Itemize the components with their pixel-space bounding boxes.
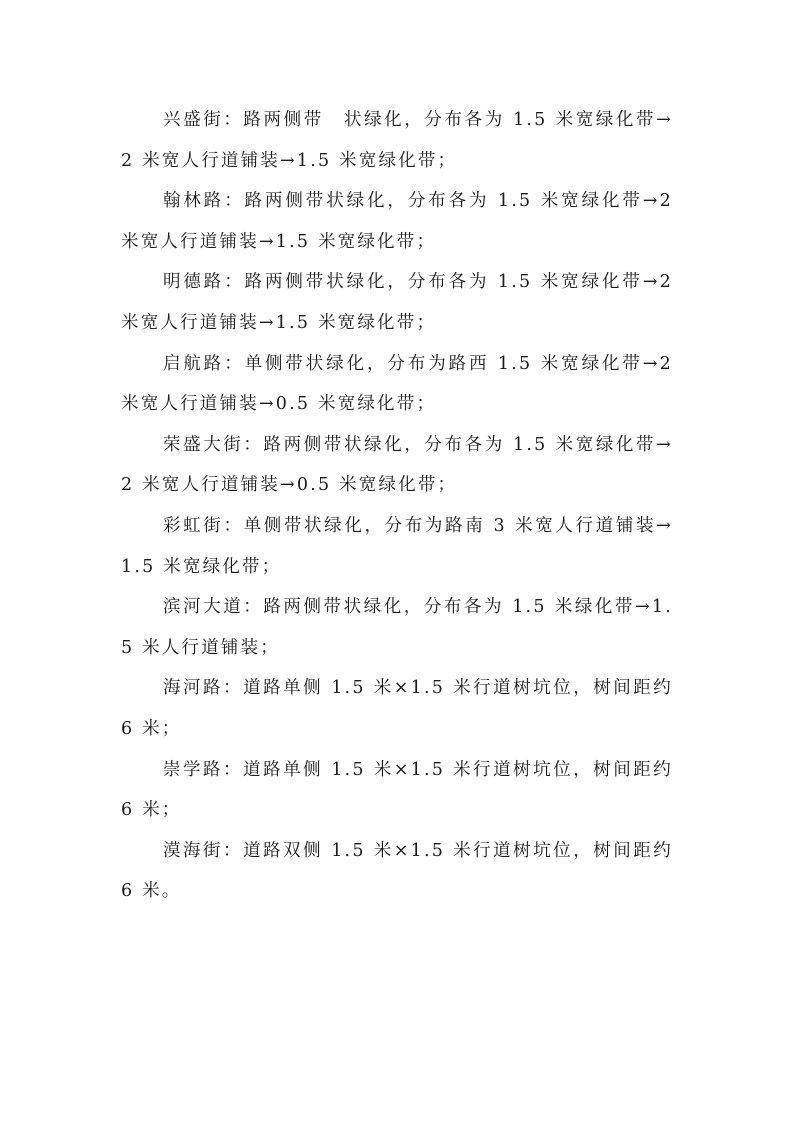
paragraph-haihe-road: 海河路：道路单侧 1.5 米×1.5 米行道树坑位，树间距约 6 米； bbox=[121, 668, 673, 749]
road-name: 滨河大道： bbox=[163, 597, 263, 617]
road-name: 海河路： bbox=[163, 678, 243, 698]
paragraph-xingsheng-street: 兴盛街：路两侧带 状绿化，分布各为 1.5 米宽绿化带→2 米宽人行道铺装→1.… bbox=[121, 100, 673, 181]
road-name: 漠海街： bbox=[163, 841, 243, 861]
road-name: 明德路： bbox=[163, 272, 245, 292]
road-name: 翰林路： bbox=[163, 191, 245, 211]
paragraph-mingde-road: 明德路：路两侧带状绿化，分布各为 1.5 米宽绿化带→2 米宽人行道铺装→1.5… bbox=[121, 262, 673, 343]
road-name: 彩虹街： bbox=[163, 516, 244, 536]
paragraph-hanlin-road: 翰林路：路两侧带状绿化，分布各为 1.5 米宽绿化带→2 米宽人行道铺装→1.5… bbox=[121, 181, 673, 262]
road-name: 兴盛街： bbox=[163, 110, 243, 130]
paragraph-qihang-road: 启航路：单侧带状绿化，分布为路西 1.5 米宽绿化带→2 米宽人行道铺装→0.5… bbox=[121, 344, 673, 425]
document-page: 兴盛街：路两侧带 状绿化，分布各为 1.5 米宽绿化带→2 米宽人行道铺装→1.… bbox=[121, 100, 673, 912]
road-name: 荣盛大街： bbox=[163, 435, 264, 455]
paragraph-binhe-avenue: 滨河大道：路两侧带状绿化，分布各为 1.5 米绿化带→1.5 米人行道铺装； bbox=[121, 587, 673, 668]
paragraph-chongxue-road: 崇学路：道路单侧 1.5 米×1.5 米行道树坑位，树间距约 6 米； bbox=[121, 750, 673, 831]
paragraph-mohai-street: 漠海街：道路双侧 1.5 米×1.5 米行道树坑位，树间距约 6 米。 bbox=[121, 831, 673, 912]
paragraph-caihong-street: 彩虹街：单侧带状绿化，分布为路南 3 米宽人行道铺装→1.5 米宽绿化带； bbox=[121, 506, 673, 587]
paragraph-rongsheng-avenue: 荣盛大街：路两侧带状绿化，分布各为 1.5 米宽绿化带→2 米宽人行道铺装→0.… bbox=[121, 425, 673, 506]
road-name: 启航路： bbox=[163, 354, 245, 374]
road-name: 崇学路： bbox=[163, 760, 243, 780]
